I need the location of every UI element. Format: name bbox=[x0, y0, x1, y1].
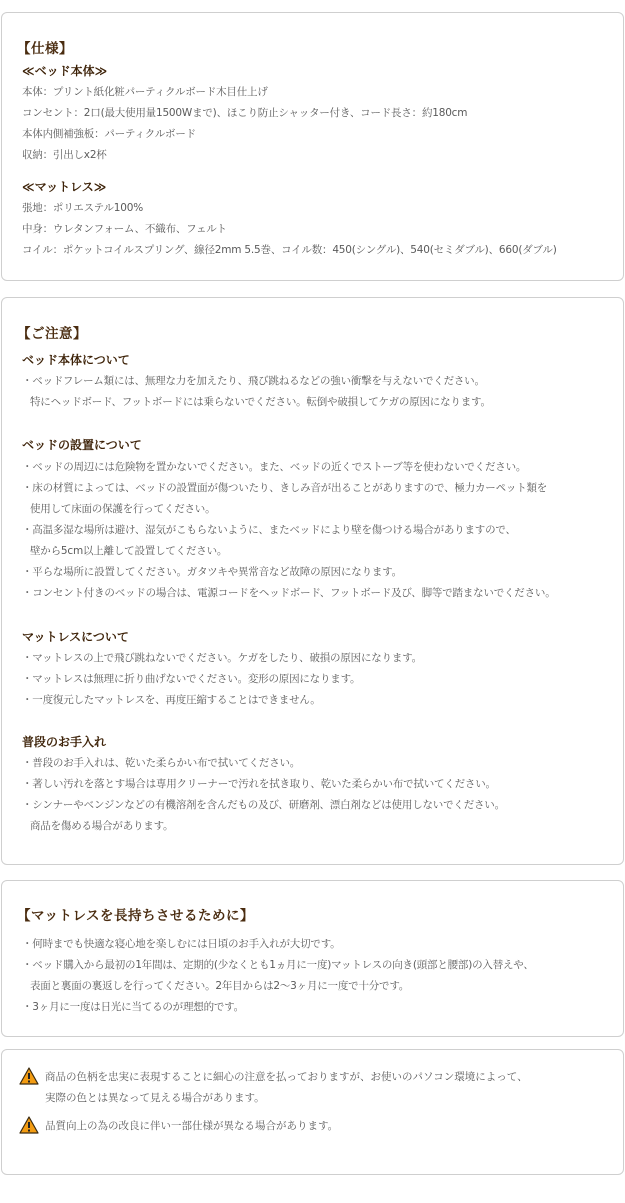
caution-line: ・高温多湿な場所は避け、湿気がこもらないように、またベッドにより壁を傷つける場合… bbox=[22, 522, 516, 537]
caution-heading-mattress: マットレスについて bbox=[22, 628, 129, 645]
notice-line: 実際の色とは異なって見える場合があります。 bbox=[45, 1090, 265, 1105]
longevity-box: 【マットレスを長持ちさせるために】 ・何時までも快適な寝心地を楽しむには日頃のお… bbox=[1, 880, 624, 1037]
longevity-title: 【マットレスを長持ちさせるために】 bbox=[17, 904, 254, 924]
caution-line: 使用して床面の保護を行ってください。 bbox=[30, 501, 215, 516]
longevity-line: ・ベッド購入から最初の1年間は、定期的(少なくとも1ヵ月に一度)マットレスの向き… bbox=[22, 957, 534, 972]
mattress-spec-heading: ≪マットレス≫ bbox=[22, 178, 106, 195]
caution-line: ・平らな場所に設置してください。ガタツキや異常音など故障の原因になります。 bbox=[22, 564, 402, 579]
spec-line: 張地：ポリエステル100% bbox=[22, 200, 143, 215]
cautions-title: 【ご注意】 bbox=[17, 322, 87, 342]
caution-line: ・普段のお手入れは、乾いた柔らかい布で拭いてください。 bbox=[22, 755, 300, 770]
caution-line: 商品を傷める場合があります。 bbox=[30, 818, 173, 833]
caution-heading-bed: ベッド本体について bbox=[22, 351, 130, 368]
bed-spec-heading: ≪ベッド本体≫ bbox=[22, 62, 107, 79]
spec-line: コイル：ポケットコイルスプリング、線径2mm 5.5巻、コイル数：450(シング… bbox=[22, 242, 557, 257]
caution-line: ・ベッドの周辺には危険物を置かないでください。また、ベッドの近くでストーブ等を使… bbox=[22, 459, 526, 474]
caution-line: ・ベッドフレーム類には、無理な力を加えたり、飛び跳ねるなどの強い衝撃を与えないで… bbox=[22, 373, 485, 388]
notice-line: 品質向上の為の改良に伴い一部仕様が異なる場合があります。 bbox=[45, 1118, 338, 1133]
caution-line: 壁から5cm以上離して設置してください。 bbox=[30, 543, 227, 558]
spec-line: コンセント：2口(最大使用量1500Wまで)、ほこり防止シャッター付き、コード長… bbox=[22, 105, 467, 120]
cautions-box: 【ご注意】 ベッド本体について ・ベッドフレーム類には、無理な力を加えたり、飛び… bbox=[1, 297, 624, 865]
caution-heading-care: 普段のお手入れ bbox=[22, 733, 106, 750]
spec-line: 中身：ウレタンフォーム、不織布、フェルト bbox=[22, 221, 227, 236]
caution-line: ・マットレスの上で飛び跳ねないでください。ケガをしたり、破損の原因になります。 bbox=[22, 650, 422, 665]
caution-line: ・一度復元したマットレスを、再度圧縮することはできません。 bbox=[22, 692, 321, 707]
longevity-line: ・何時までも快適な寝心地を楽しむには日頃のお手入れが大切です。 bbox=[22, 936, 340, 951]
spec-line: 本体内側補強板：パーティクルボード bbox=[22, 126, 196, 141]
specs-title: 【仕様】 bbox=[17, 37, 73, 57]
caution-line: ・著しい汚れを落とす場合は専用クリーナーで汚れを拭き取り、乾いた柔らかい布で拭い… bbox=[22, 776, 496, 791]
spec-line: 収納：引出しx2杯 bbox=[22, 147, 107, 162]
warning-icon bbox=[19, 1067, 39, 1085]
spec-line: 本体：プリント紙化粧パーティクルボード木目仕上げ bbox=[22, 84, 268, 99]
caution-heading-install: ベッドの設置について bbox=[22, 436, 142, 453]
longevity-line: 表面と裏面の裏返しを行ってください。2年目からは2～3ヶ月に一度で十分です。 bbox=[30, 978, 409, 993]
caution-line: ・コンセント付きのベッドの場合は、電源コードをヘッドボード、フットボード及び、脚… bbox=[22, 585, 556, 600]
caution-line: 特にヘッドボード、フットボードには乗らないでください。転倒や破損してケガの原因に… bbox=[30, 394, 491, 409]
longevity-line: ・3ヶ月に一度は日光に当てるのが理想的です。 bbox=[22, 999, 244, 1014]
caution-line: ・マットレスは無理に折り曲げないでください。変形の原因になります。 bbox=[22, 671, 360, 686]
caution-line: ・床の材質によっては、ベッドの設置面が傷ついたり、きしみ音が出ることがありますの… bbox=[22, 480, 547, 495]
specs-box: 【仕様】 ≪ベッド本体≫ 本体：プリント紙化粧パーティクルボード木目仕上げ コン… bbox=[1, 12, 624, 281]
warning-icon bbox=[19, 1116, 39, 1134]
caution-line: ・シンナーやベンジンなどの有機溶剤を含んだもの及び、研磨剤、漂白剤などは使用しな… bbox=[22, 797, 505, 812]
notices-box: 商品の色柄を忠実に表現することに細心の注意を払っておりますが、お使いのパソコン環… bbox=[1, 1049, 624, 1175]
notice-line: 商品の色柄を忠実に表現することに細心の注意を払っておりますが、お使いのパソコン環… bbox=[45, 1069, 528, 1084]
